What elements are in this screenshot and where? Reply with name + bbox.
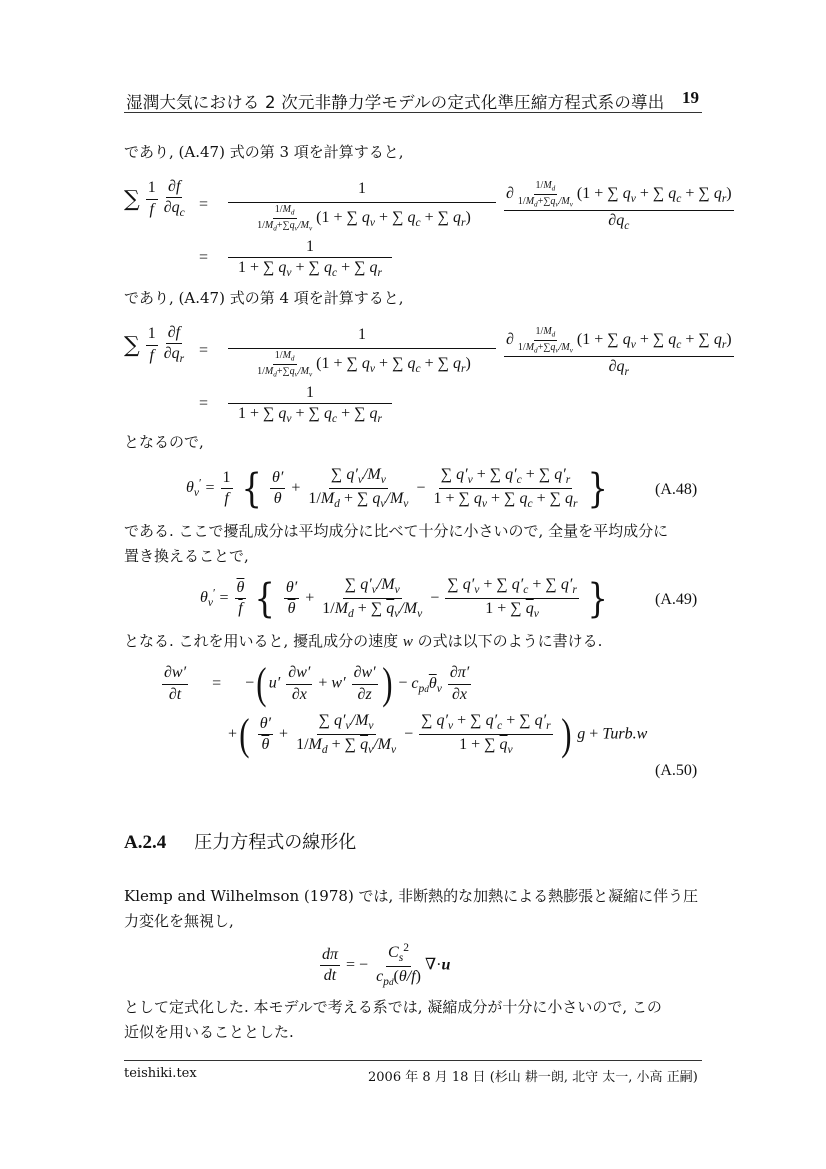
paragraph-velocity-intro: となる. これを用いると, 擾乱成分の速度 w の式は以下のように書ける. [124, 629, 602, 655]
paragraph-term4-intro: であり, (A.47) 式の第 4 項を計算すると, [124, 286, 404, 311]
running-title: 湿潤大気における 2 次元非静力学モデルの定式化準圧縮方程式系の導出 [126, 89, 664, 113]
equation-dqr-line2: 11 + ∑ qv + ∑ qc + ∑ qr [226, 384, 394, 427]
text: となる. これを用いると, 擾乱成分の速度 [124, 632, 403, 650]
equation-dqc-line1: 1 1/Md1/Md+∑qv/Mv(1 + ∑ qv + ∑ qc + ∑ qr… [226, 180, 736, 233]
footer-filename: teishiki.tex [124, 1066, 197, 1081]
equation-A50-line1: ∂w′∂t = −(u′ ∂w′∂x + w′ ∂w′∂z) − cpdθv ∂… [160, 662, 473, 706]
equals-sign: = [199, 395, 208, 413]
text: の式は以下のように書ける. [413, 632, 603, 650]
variable-w: w [403, 634, 413, 650]
equation-A49: θv′ = θf { θ′θ + ∑ q′v/Mv1/Md + ∑ qv/Mv … [200, 576, 610, 622]
paragraph-formulation-line2: 近似を用いることとした. [124, 1020, 294, 1045]
equation-number-A50: (A.50) [655, 762, 697, 780]
equals-sign: = [199, 342, 208, 360]
equals-sign: = [199, 196, 208, 214]
section-title: 圧力方程式の線形化 [194, 832, 356, 853]
footer-rule [124, 1060, 702, 1061]
equation-dqr-line1: 1 1/Md1/Md+∑qv/Mv(1 + ∑ qv + ∑ qc + ∑ qr… [226, 326, 736, 379]
page-number: 19 [682, 88, 699, 108]
equation-dqr-lhs: ∑ 1f∂f∂qr [124, 324, 188, 367]
equation-number-A49: (A.49) [655, 591, 697, 609]
equals-sign: = [199, 249, 208, 267]
paragraph-klemp-line1: Klemp and Wilhelmson (1978) では, 非断熱的な加熱に… [124, 884, 698, 909]
paragraph-replace-mean-line2: 置き換えることで, [124, 544, 249, 569]
equation-dqc-lhs: ∑ 1f∂f∂qc [124, 178, 189, 221]
section-heading: A.2.4圧力方程式の線形化 [124, 828, 356, 854]
paragraph-therefore: となるので, [124, 430, 204, 455]
section-number: A.2.4 [124, 832, 166, 853]
equation-number-A48: (A.48) [655, 481, 697, 499]
equation-dqc-line2: 11 + ∑ qv + ∑ qc + ∑ qr [226, 238, 394, 281]
footer-date-authors: 2006 年 8 月 18 日 (杉山 耕一朗, 北守 太一, 小高 正嗣) [368, 1066, 698, 1085]
equation-pressure: dπdt = − Cs2cpd(θ/f)∇·u [318, 942, 450, 989]
paragraph-formulation-line1: として定式化した. 本モデルで考える系では, 凝縮成分が十分に小さいので, この [124, 995, 662, 1020]
equation-A48: θv′ = 1f { θ′θ + ∑ q′v/Mv1/Md + ∑ qv/Mv … [186, 466, 611, 512]
paragraph-replace-mean-line1: である. ここで擾乱成分は平均成分に比べて十分に小さいので, 全量を平均成分に [124, 519, 668, 544]
paragraph-term3-intro: であり, (A.47) 式の第 3 項を計算すると, [124, 140, 404, 165]
paragraph-klemp-line2: 力変化を無視し, [124, 909, 234, 934]
equation-A50-line2: +( θ′θ + ∑ q′v/Mv1/Md + ∑ qv/Mv − ∑ q′v … [228, 712, 647, 758]
header-rule [124, 112, 702, 113]
